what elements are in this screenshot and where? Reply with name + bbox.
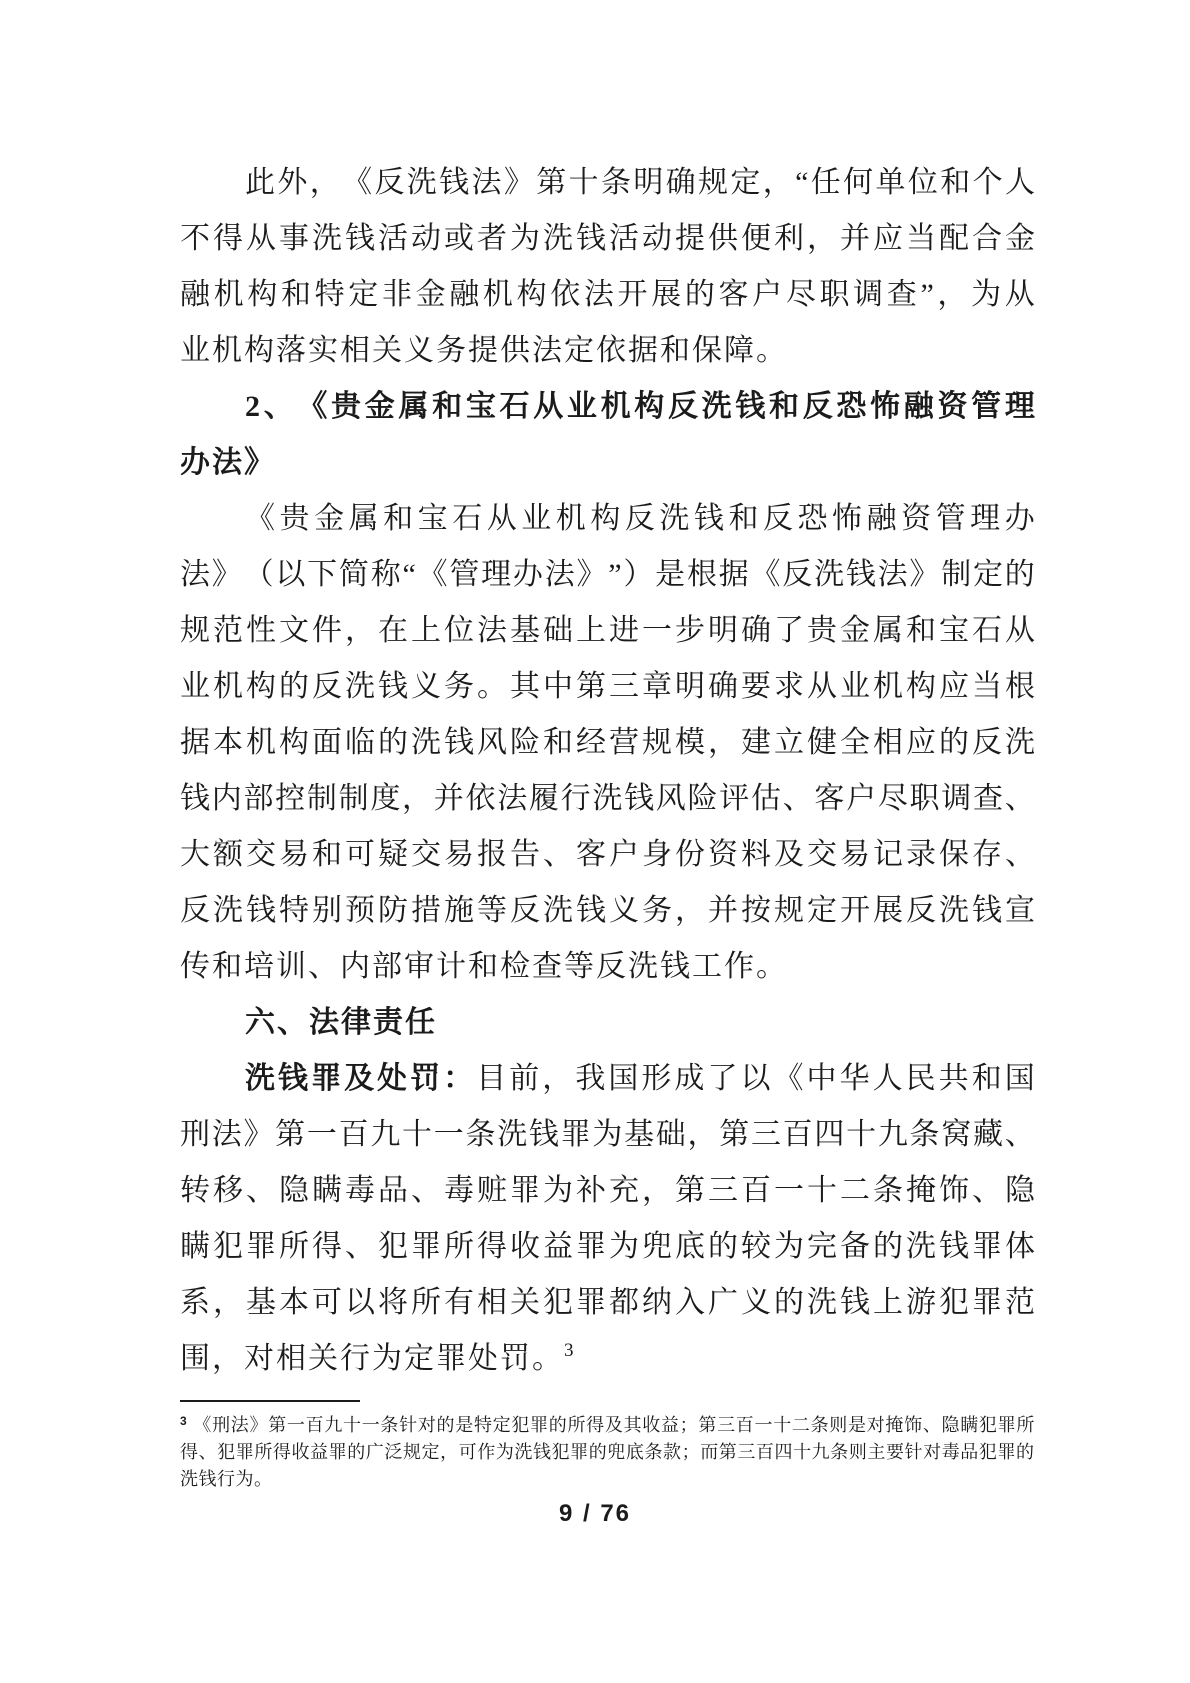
text-line: 转移、隐瞒毒品、毒赃罪为补充，第三百一十二条掩饰、隐 xyxy=(180,1163,1035,1219)
section-heading: 办法》 xyxy=(180,435,1035,491)
footnote-reference: 3 xyxy=(564,1340,574,1361)
text-line: 反洗钱特别预防措施等反洗钱义务，并按规定开展反洗钱宣 xyxy=(180,883,1035,939)
text-line: 系，基本可以将所有相关犯罪都纳入广义的洗钱上游犯罪范 xyxy=(180,1275,1035,1331)
text-line: 不得从事洗钱活动或者为洗钱活动提供便利，并应当配合金 xyxy=(180,211,1035,267)
text-line: 业机构落实相关义务提供法定依据和保障。 xyxy=(180,323,1035,379)
text-line: 业机构的反洗钱义务。其中第三章明确要求从业机构应当根 xyxy=(180,659,1035,715)
page-number: 9 / 76 xyxy=(0,1500,1190,1528)
footnote: 3《刑法》第一百九十一条针对的是特定犯罪的所得及其收益；第三百一十二条则是对掩饰… xyxy=(180,1412,1035,1493)
document-body: 此外，《反洗钱法》第十条明确规定，“任何单位和个人 不得从事洗钱活动或者为洗钱活… xyxy=(180,155,1035,1387)
text-line: 法》（以下简称“《管理办法》”）是根据《反洗钱法》制定的 xyxy=(180,547,1035,603)
section-heading: 2、《贵金属和宝石从业机构反洗钱和反恐怖融资管理 xyxy=(180,379,1035,435)
text-line: 大额交易和可疑交易报告、客户身份资料及交易记录保存、 xyxy=(180,827,1035,883)
document-page: 此外，《反洗钱法》第十条明确规定，“任何单位和个人 不得从事洗钱活动或者为洗钱活… xyxy=(0,0,1190,1683)
text-line: 融机构和特定非金融机构依法开展的客户尽职调查”，为从 xyxy=(180,267,1035,323)
text-line: 传和培训、内部审计和检查等反洗钱工作。 xyxy=(180,939,1035,995)
footnote-line: 洗钱行为。 xyxy=(180,1466,1035,1493)
text-line: 此外，《反洗钱法》第十条明确规定，“任何单位和个人 xyxy=(180,155,1035,211)
text-line: 《贵金属和宝石从业机构反洗钱和反恐怖融资管理办 xyxy=(180,491,1035,547)
text-line: 规范性文件，在上位法基础上进一步明确了贵金属和宝石从 xyxy=(180,603,1035,659)
footnote-line: 3《刑法》第一百九十一条针对的是特定犯罪的所得及其收益；第三百一十二条则是对掩饰… xyxy=(180,1412,1035,1439)
text-line: 围，对相关行为定罪处罚。3 xyxy=(180,1331,1035,1387)
text-line: 钱内部控制制度，并依法履行洗钱风险评估、客户尽职调查、 xyxy=(180,771,1035,827)
text-line: 刑法》第一百九十一条洗钱罪为基础，第三百四十九条窝藏、 xyxy=(180,1107,1035,1163)
text-run: 围，对相关行为定罪处罚。 xyxy=(180,1342,564,1375)
text-line: 洗钱罪及处罚：目前，我国形成了以《中华人民共和国 xyxy=(180,1051,1035,1107)
footnote-separator xyxy=(180,1400,360,1402)
section-heading: 六、法律责任 xyxy=(180,995,1035,1051)
text-line: 据本机构面临的洗钱风险和经营规模，建立健全相应的反洗 xyxy=(180,715,1035,771)
text-line: 瞒犯罪所得、犯罪所得收益罪为兜底的较为完备的洗钱罪体 xyxy=(180,1219,1035,1275)
footnote-line: 得、犯罪所得收益罪的广泛规定，可作为洗钱犯罪的兜底条款；而第三百四十九条则主要针… xyxy=(180,1439,1035,1466)
